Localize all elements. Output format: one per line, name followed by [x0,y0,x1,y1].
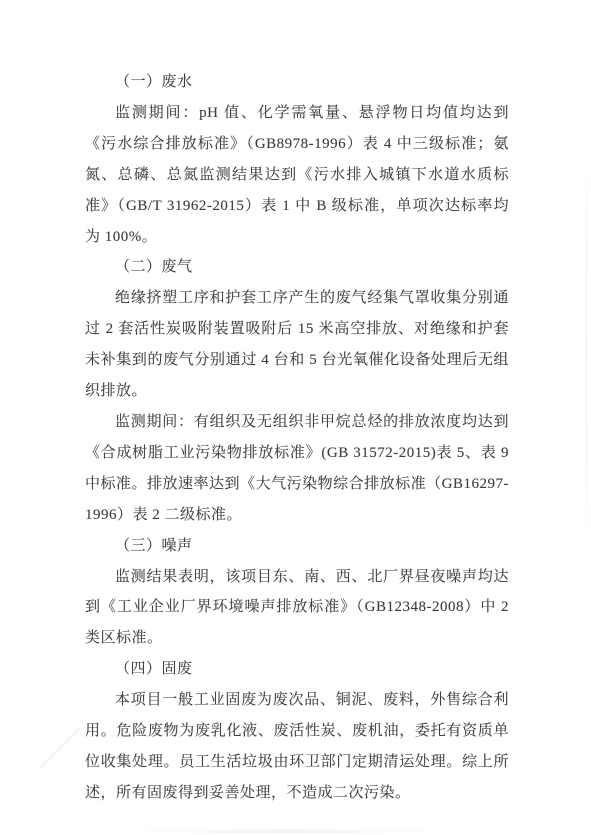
section-exhaust-gas-paragraph-2: 监测期间：有组织及无组织非甲烷总烃的排放浓度均达到《合成树脂工业污染物排放标准》… [85,407,509,531]
section-exhaust-gas-heading: （二）废气 [85,252,509,283]
section-solid-waste: （四）固废 本项目一般工业固废为废次品、铜泥、废料，外售综合利用。危险废物为废乳… [85,654,509,809]
scan-artifact-right-edge [586,120,587,580]
scan-artifact-smudge [40,718,80,778]
section-noise: （三）噪声 监测结果表明，该项目东、南、西、北厂界昼夜噪声均达到《工业企业厂界环… [85,531,509,655]
document-page: （一）废水 监测期间：pH 值、化学需氧量、悬浮物日均值均达到《污水综合排放标准… [0,0,591,835]
section-exhaust-gas: （二）废气 绝缘挤塑工序和护套工序产生的废气经集气罩收集分别通过 2 套活性炭吸… [85,252,509,530]
section-solid-waste-heading: （四）固废 [85,654,509,685]
scan-artifact-bottom-shade [120,829,450,833]
section-noise-paragraph: 监测结果表明，该项目东、南、西、北厂界昼夜噪声均达到《工业企业厂界环境噪声排放标… [85,562,509,655]
document-body: （一）废水 监测期间：pH 值、化学需氧量、悬浮物日均值均达到《污水综合排放标准… [85,67,509,809]
section-solid-waste-paragraph: 本项目一般工业固废为废次品、铜泥、废料，外售综合利用。危险废物为废乳化液、废活性… [85,685,509,809]
section-wastewater-heading: （一）废水 [85,67,509,98]
section-wastewater: （一）废水 监测期间：pH 值、化学需氧量、悬浮物日均值均达到《污水综合排放标准… [85,67,509,252]
section-noise-heading: （三）噪声 [85,531,509,562]
section-exhaust-gas-paragraph-1: 绝缘挤塑工序和护套工序产生的废气经集气罩收集分别通过 2 套活性炭吸附装置吸附后… [85,283,509,407]
section-wastewater-paragraph: 监测期间：pH 值、化学需氧量、悬浮物日均值均达到《污水综合排放标准》（GB89… [85,98,509,253]
